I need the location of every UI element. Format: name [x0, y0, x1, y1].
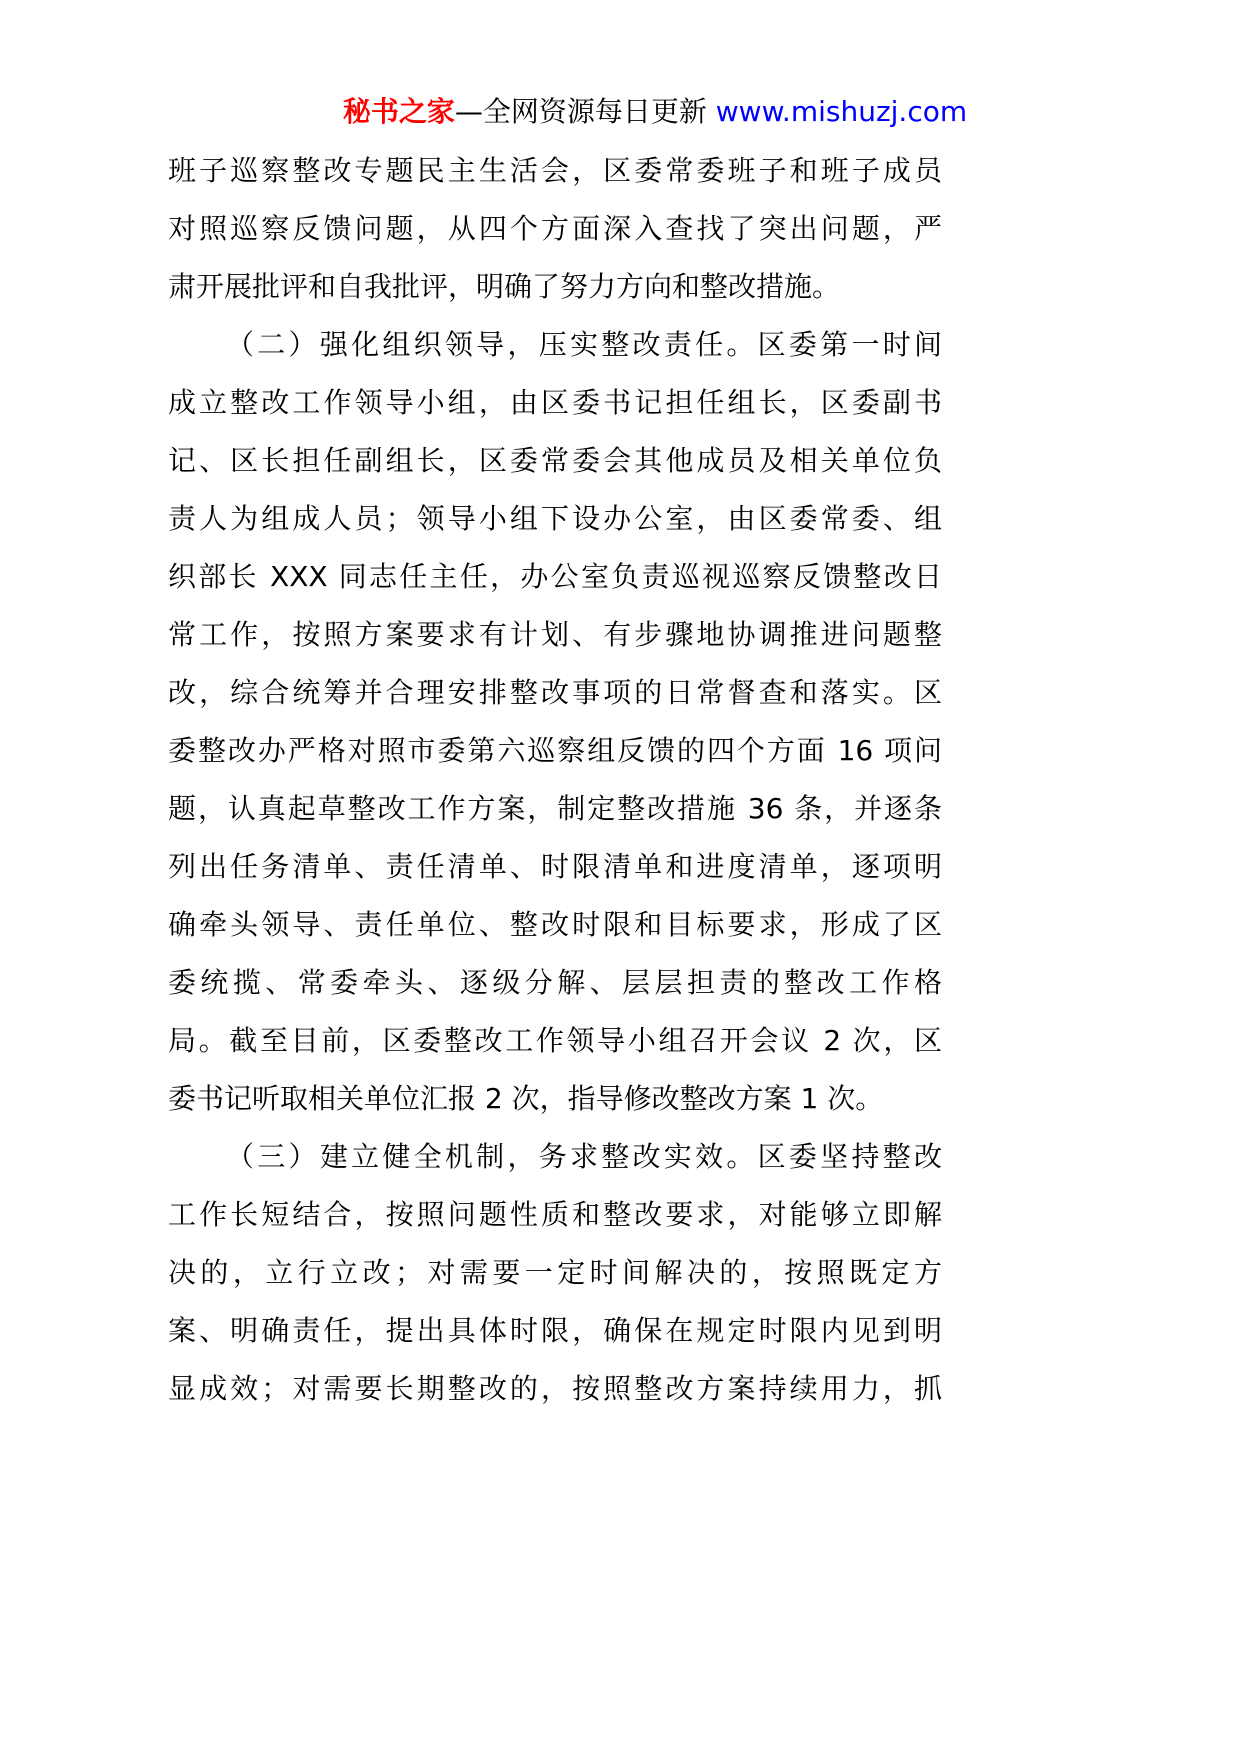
text-line: 委整改办严格对照市委第六巡察组反馈的四个方面 16 项问: [168, 722, 942, 780]
text-line: 显成效；对需要长期整改的，按照整改方案持续用力，抓: [168, 1360, 942, 1418]
text-line: 成立整改工作领导小组，由区委书记担任组长，区委副书: [168, 374, 942, 432]
text-line: 改，综合统筹并合理安排整改事项的日常督查和落实。区: [168, 664, 942, 722]
document-body: 班子巡察整改专题民主生活会，区委常委班子和班子成员 对照巡察反馈问题，从四个方面…: [168, 142, 942, 1418]
text-line: 题，认真起草整改工作方案，制定整改措施 36 条，并逐条: [168, 780, 942, 838]
section-heading-line: （二）强化组织领导，压实整改责任。区委第一时间: [168, 316, 942, 374]
tagline: —全网资源每日更新: [455, 95, 716, 128]
text-line: 责人为组成人员；领导小组下设办公室，由区委常委、组: [168, 490, 942, 548]
text-line: 列出任务清单、责任清单、时限清单和进度清单，逐项明: [168, 838, 942, 896]
text-line: 肃开展批评和自我批评，明确了努力方向和整改措施。: [168, 258, 942, 316]
text-line: 局。截至目前，区委整改工作领导小组召开会议 2 次，区: [168, 1012, 942, 1070]
section-heading-line: （三）建立健全机制，务求整改实效。区委坚持整改: [168, 1128, 942, 1186]
text-line: 决的，立行立改；对需要一定时间解决的，按照既定方: [168, 1244, 942, 1302]
text-line: 委统揽、常委牵头、逐级分解、层层担责的整改工作格: [168, 954, 942, 1012]
brand-name: 秘书之家: [343, 95, 455, 128]
text-line: 确牵头领导、责任单位、整改时限和目标要求，形成了区: [168, 896, 942, 954]
text-line: 委书记听取相关单位汇报 2 次，指导修改整改方案 1 次。: [168, 1070, 942, 1128]
text-line: 班子巡察整改专题民主生活会，区委常委班子和班子成员: [168, 142, 942, 200]
text-line: 案、明确责任，提出具体时限，确保在规定时限内见到明: [168, 1302, 942, 1360]
text-line: 织部长 XXX 同志任主任，办公室负责巡视巡察反馈整改日: [168, 548, 942, 606]
site-url-link[interactable]: www.mishuzj.com: [716, 95, 967, 128]
text-line: 对照巡察反馈问题，从四个方面深入查找了突出问题，严: [168, 200, 942, 258]
text-line: 记、区长担任副组长，区委常委会其他成员及相关单位负: [168, 432, 942, 490]
text-line: 工作长短结合，按照问题性质和整改要求，对能够立即解: [168, 1186, 942, 1244]
watermark-header: 秘书之家—全网资源每日更新 www.mishuzj.com: [0, 90, 1240, 134]
text-line: 常工作，按照方案要求有计划、有步骤地协调推进问题整: [168, 606, 942, 664]
